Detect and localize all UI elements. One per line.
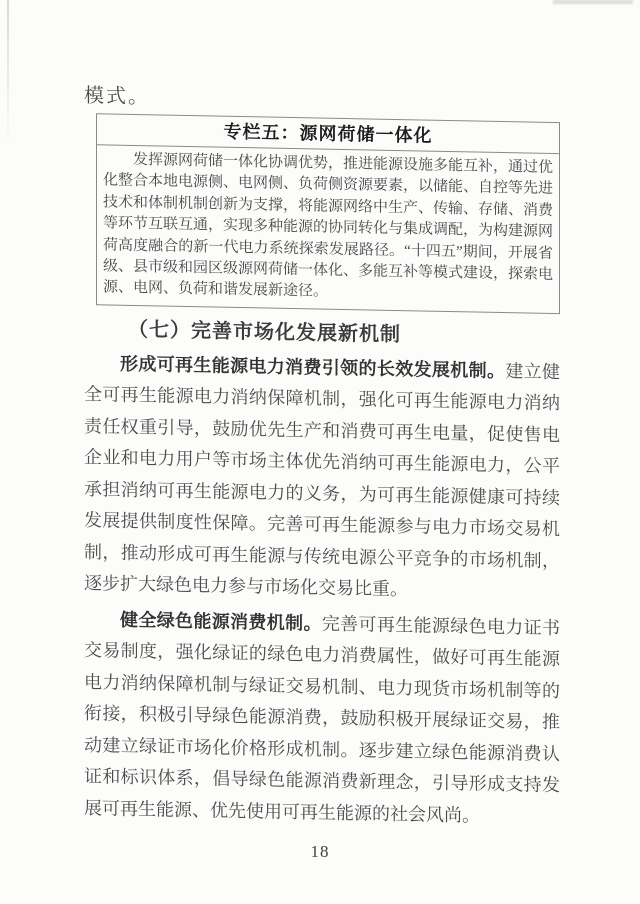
- section-heading-seven: （七）完善市场化发展新机制: [84, 314, 560, 353]
- column-box-body: 发挥源网荷储一体化协调优势，推进能源设施多能互补，通过优化整合本地电源侧、电网侧…: [97, 145, 559, 313]
- page-number: 18: [0, 842, 640, 862]
- document-page: 模式。 专栏五：源网荷储一体化 发挥源网荷储一体化协调优势，推进能源设施多能互补…: [0, 0, 640, 904]
- column-box-five: 专栏五：源网荷储一体化 发挥源网荷储一体化协调优势，推进能源设施多能互补，通过优…: [96, 113, 560, 314]
- lead-sentence: 形成可再生能源电力消费引领的长效发展机制。: [120, 354, 505, 381]
- paragraph-market-mechanism: 形成可再生能源电力消费引领的长效发展机制。建立健全可再生能源电力消纳保障机制，强…: [84, 348, 560, 609]
- lead-sentence: 健全绿色能源消费机制。: [120, 610, 322, 634]
- scan-artifact-left-line: [7, 0, 9, 150]
- page-content: 模式。 专栏五：源网荷储一体化 发挥源网荷储一体化协调优势，推进能源设施多能互补…: [84, 82, 560, 833]
- scan-artifact-top-smudge: [553, 0, 633, 4]
- paragraph-green-consumption: 健全绿色能源消费机制。完善可再生能源绿色电力证书交易制度，强化绿证的绿色电力消费…: [84, 604, 560, 834]
